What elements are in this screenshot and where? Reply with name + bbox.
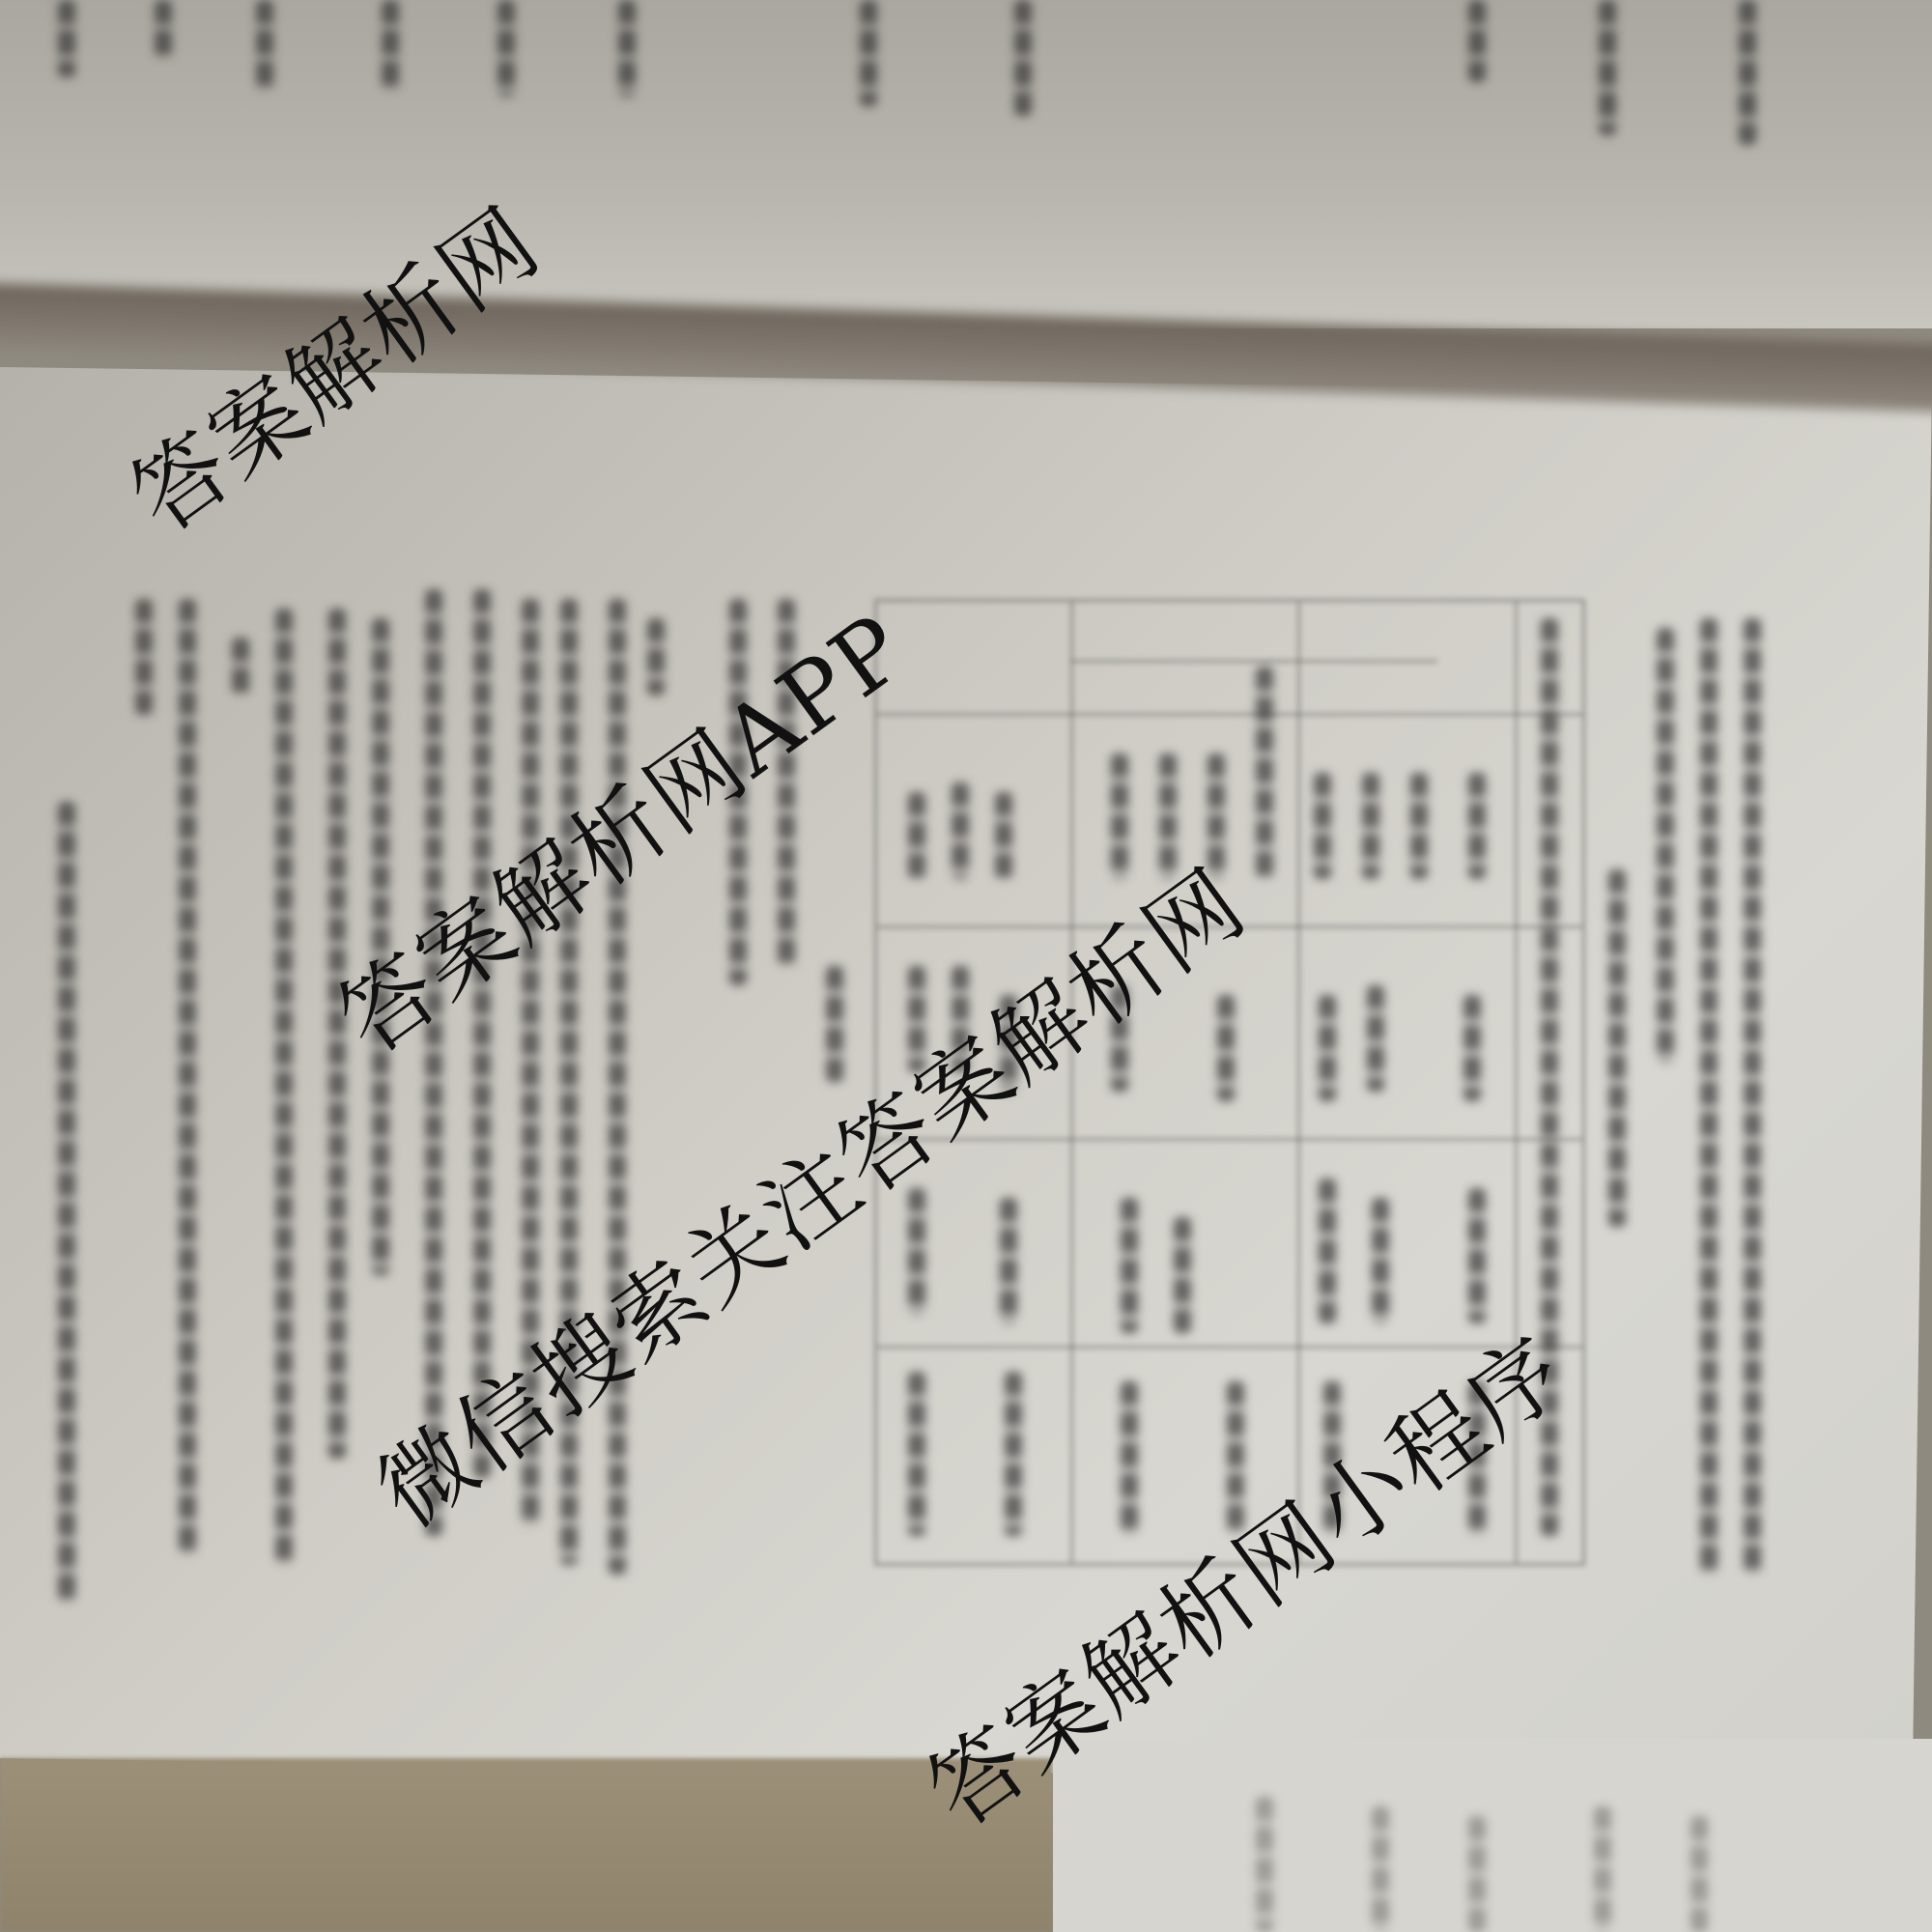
table-cell-text — [1207, 753, 1225, 879]
table-cell-text — [1410, 773, 1428, 879]
blurred-text-column — [1700, 618, 1718, 1575]
document-photo: 答案解析网 答案解析网APP 微信搜索关注答案解析网 答案解析网小程序 — [0, 0, 1932, 1932]
blurred-text-column — [58, 0, 75, 77]
blurred-text-column — [155, 0, 172, 58]
table-cell-text — [1362, 773, 1379, 879]
blurred-text-column — [1690, 1816, 1708, 1932]
table-cell-text — [1256, 667, 1273, 879]
blurred-text-column — [1256, 1797, 1273, 1932]
table-cell-text — [908, 1188, 925, 1314]
table-cell-text — [1372, 1198, 1389, 1323]
blurred-text-column — [328, 609, 346, 1459]
blurred-text-column — [1657, 628, 1674, 1063]
blurred-text-column — [1468, 0, 1486, 82]
blurred-text-column — [826, 966, 843, 1082]
table-cell-text — [1217, 995, 1235, 1101]
table-cell-text — [908, 1372, 925, 1536]
table-cell-text — [1121, 1198, 1138, 1333]
blurred-text-column — [1739, 0, 1756, 145]
table-cell-text — [1319, 1179, 1336, 1323]
table-cell-text — [908, 792, 925, 879]
blurred-text-column — [1744, 618, 1761, 1575]
table-cell-text — [1314, 773, 1331, 879]
blurred-text-column — [382, 0, 399, 92]
table-cell-text — [1121, 1381, 1138, 1536]
blurred-text-column — [58, 802, 75, 1604]
blurred-text-column — [647, 618, 665, 696]
blurred-text-column — [1014, 0, 1032, 116]
blurred-text-column — [179, 599, 196, 1555]
blurred-text-column — [1608, 869, 1626, 1227]
paper-top-page — [0, 0, 1932, 328]
table-cell-text — [1000, 1198, 1017, 1323]
table-cell-text — [952, 782, 969, 879]
wooden-table-surface — [0, 1758, 1053, 1932]
blurred-text-column — [232, 638, 249, 696]
table-cell-text — [1367, 985, 1384, 1092]
table-cell-text — [1174, 1217, 1191, 1333]
table-cell-text — [995, 792, 1012, 879]
table-cell-text — [1111, 753, 1128, 879]
blurred-text-column — [1372, 1806, 1389, 1932]
blurred-text-column — [256, 0, 273, 92]
blurred-text-column — [860, 0, 877, 106]
blurred-text-column — [1594, 1806, 1611, 1932]
table-cell-text — [1468, 1188, 1486, 1323]
paper-bottom-right-page — [1053, 1739, 1932, 1932]
blurred-text-column — [1468, 1816, 1486, 1932]
blurred-text-column — [135, 599, 153, 715]
table-cell-text — [1005, 1372, 1022, 1536]
blurred-text-column — [1599, 0, 1616, 135]
blurred-text-column — [618, 0, 636, 97]
blurred-text-column — [275, 609, 293, 1565]
blurred-text-column — [497, 0, 515, 97]
table-cell-text — [1319, 995, 1336, 1101]
table-cell-text — [1468, 773, 1486, 879]
table-cell-text — [1463, 995, 1481, 1101]
